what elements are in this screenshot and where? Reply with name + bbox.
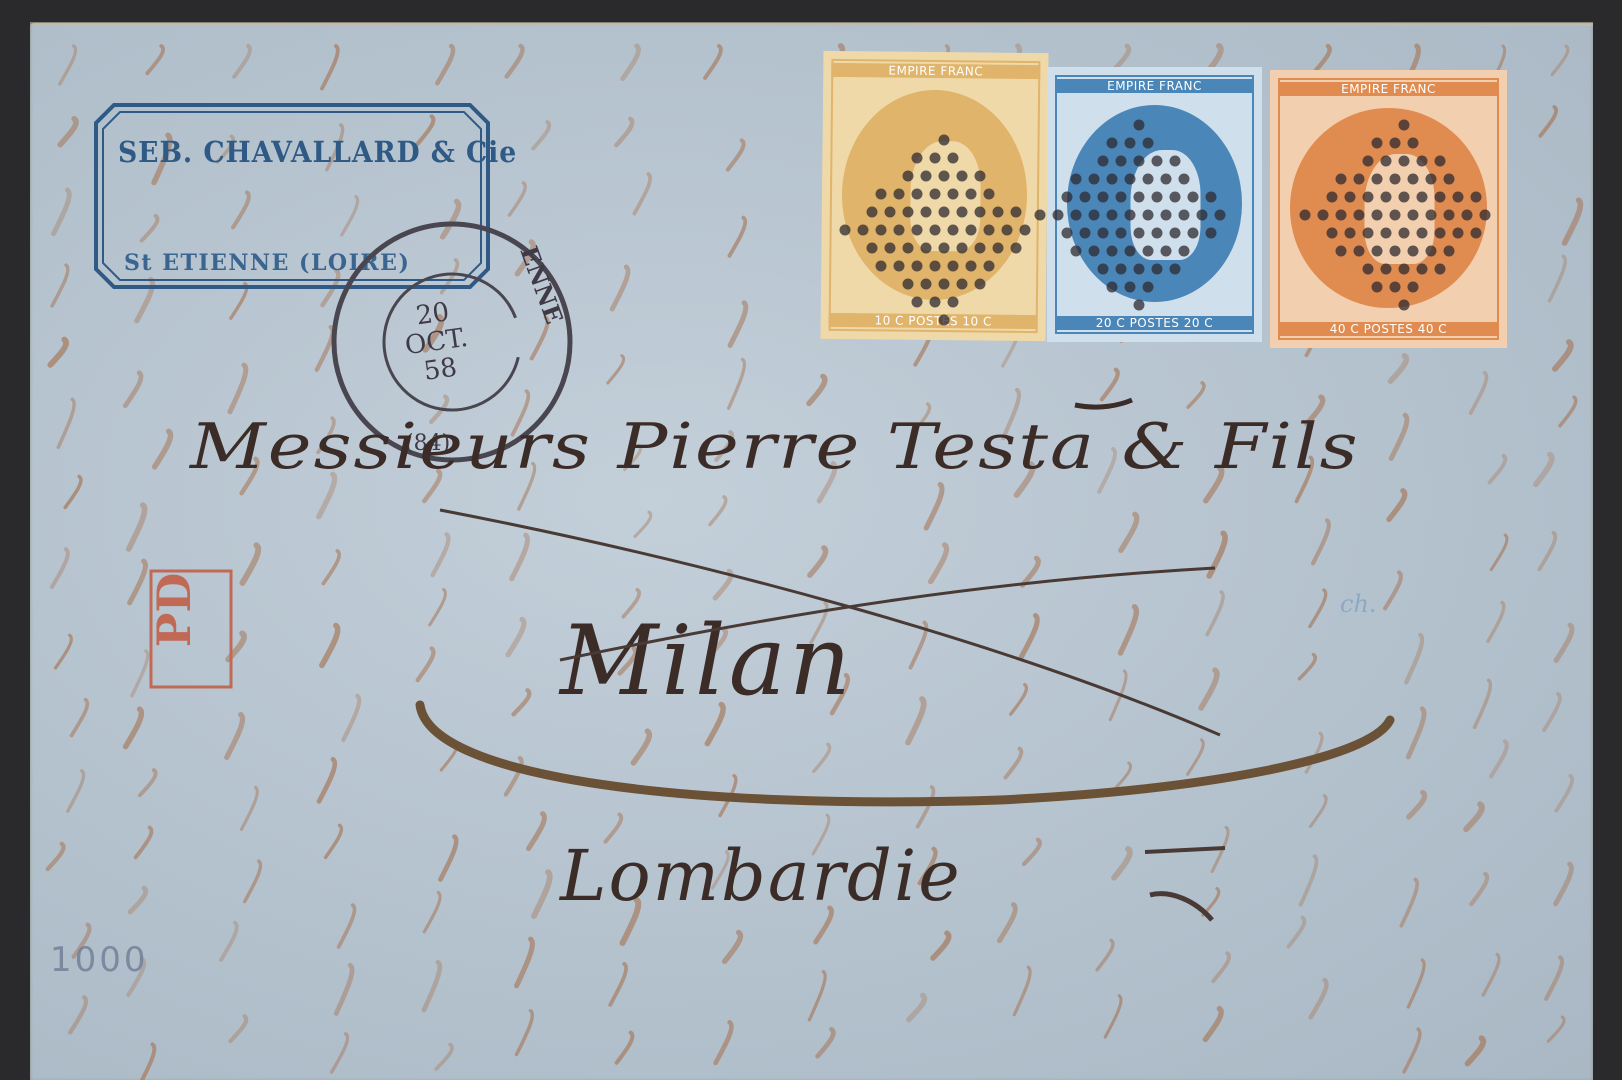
pd-mark-frame: PD bbox=[148, 568, 234, 690]
postmark-date: 20 OCT. 58 bbox=[399, 296, 473, 388]
paper-top-edge bbox=[30, 22, 1593, 26]
stamp-bottom-text: 40 C POSTES 40 C bbox=[1278, 322, 1499, 336]
stamp-top-text: EMPIRE FRANC bbox=[831, 63, 1040, 79]
pencil-note: 1000 bbox=[50, 940, 149, 980]
stamp-bottom-text: 10 C POSTES 10 C bbox=[829, 313, 1038, 329]
stamp-top-text: EMPIRE FRANC bbox=[1055, 79, 1254, 93]
stamp-portrait-head bbox=[909, 141, 980, 252]
address-line-region: Lombardie bbox=[560, 835, 962, 917]
cachet-company-name: SEB. CHAVALLARD & Cie bbox=[118, 135, 517, 169]
address-line-recipient: Messieurs Pierre Testa & Fils bbox=[190, 410, 1360, 483]
stamp-top-text: EMPIRE FRANC bbox=[1278, 82, 1499, 96]
cachet-city: St ETIENNE (LOIRE) bbox=[124, 250, 410, 276]
stamp-40c: EMPIRE FRANC 40 C POSTES 40 C bbox=[1270, 70, 1507, 348]
stamp-portrait-head bbox=[1130, 150, 1200, 260]
faint-blue-note: ch. bbox=[1340, 590, 1377, 618]
stamp-20c: EMPIRE FRANC 20 C POSTES 20 C bbox=[1047, 67, 1262, 342]
stamp-bottom-text: 20 C POSTES 20 C bbox=[1055, 316, 1254, 330]
pd-mark-text: PD bbox=[148, 573, 201, 647]
address-line-city: Milan bbox=[560, 605, 854, 717]
stamp-10c: EMPIRE FRANC 10 C POSTES 10 C bbox=[820, 51, 1048, 341]
stamp-portrait-head bbox=[1364, 154, 1434, 264]
